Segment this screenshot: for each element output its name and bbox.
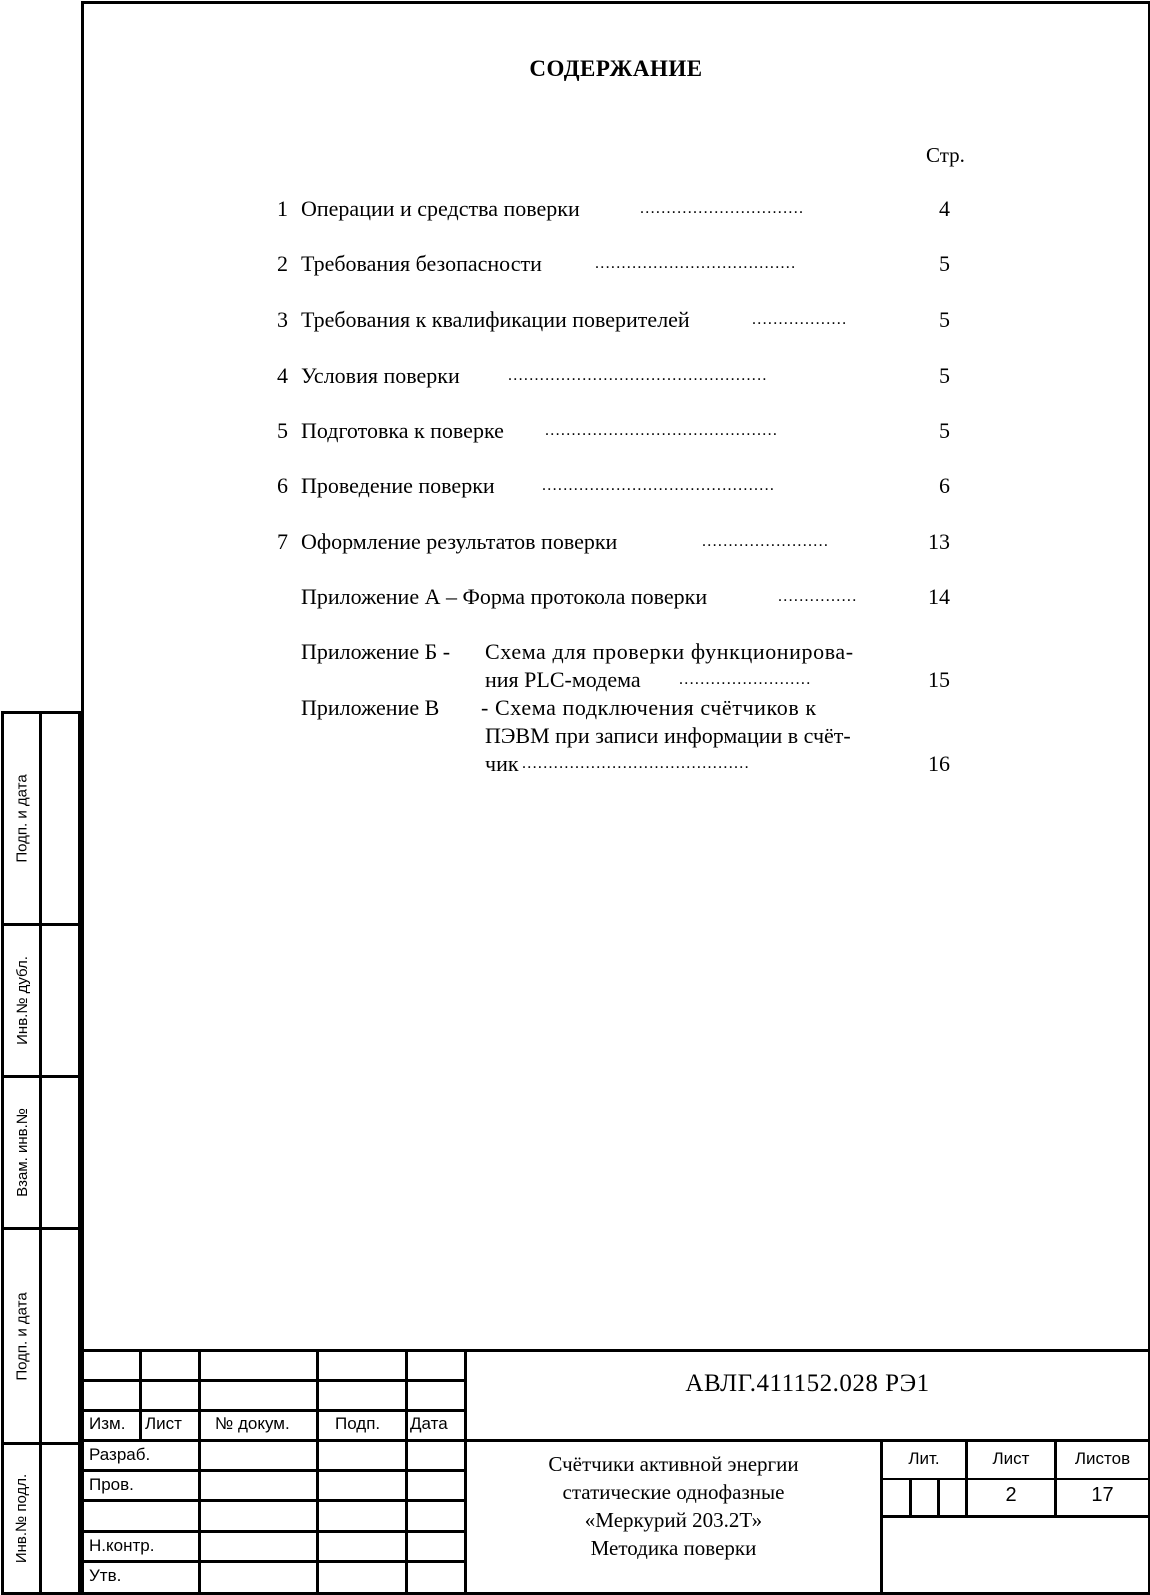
toc-item[interactable]: 1 Операции и средства поверки ..........… (0, 196, 1150, 226)
side-strip-cell: Подп. и дата (1, 711, 81, 926)
appendix-label: Приложение В (301, 695, 439, 721)
toc-item-text: Оформление результатов поверки (301, 529, 617, 555)
product-title-line: статические однофазные (467, 1478, 880, 1506)
stamp-col-doc: № докум. (215, 1414, 290, 1434)
appendix-text-line: ПЭВМ при записи информации в счёт- (485, 723, 851, 749)
stamp-col-sign: Подп. (335, 1414, 380, 1434)
page-frame (81, 1, 1150, 1595)
stamp-role: Утв. (89, 1566, 121, 1586)
toc-item-number: 3 (277, 307, 288, 333)
toc-item-page: 6 (910, 473, 950, 499)
toc-item-text: Условия поверки (301, 363, 460, 389)
stamp-line (909, 1478, 912, 1516)
stamp-role: Н.контр. (89, 1536, 154, 1556)
side-strip-cell: Взам. инв.№ (1, 1075, 81, 1230)
toc-item-number: 7 (277, 529, 288, 555)
lit-label: Лит. (883, 1449, 965, 1469)
toc-item-page: 4 (910, 196, 950, 222)
toc-leader-dots: ........................................… (545, 422, 778, 440)
toc-item[interactable]: 3 Требования к квалификации поверителей … (0, 307, 1150, 337)
stamp-role: Разраб. (89, 1445, 150, 1465)
side-strip-cell: Инв.№ подл. (1, 1442, 81, 1595)
side-strip-label: Подп. и дата (14, 1292, 31, 1380)
stamp-line (405, 1349, 408, 1592)
stamp-line (198, 1349, 201, 1592)
toc-item-page: 5 (910, 418, 950, 444)
sheets-total: 17 (1057, 1484, 1148, 1507)
toc-item-text: Подготовка к поверке (301, 418, 504, 444)
toc-item-page: 5 (910, 251, 950, 277)
side-strip-label: Подп. и дата (14, 774, 31, 862)
page-column-label: Стр. (926, 143, 965, 168)
toc-item-page: 15 (910, 667, 950, 693)
stamp-line (81, 1439, 1148, 1442)
sheets-label: Листов (1057, 1449, 1148, 1469)
appendix-text-line: - Схема подключения счётчиков к (481, 695, 817, 721)
toc-item-number: 5 (277, 418, 288, 444)
stamp-col-izm: Изм. (89, 1414, 125, 1434)
toc-leader-dots: .................. (752, 311, 847, 329)
toc-leader-dots: ........................................… (542, 477, 775, 495)
appendix-label: Приложение Б - (301, 639, 450, 665)
appendix-text-line: ния PLC-модема (485, 667, 641, 693)
side-strip-label: Инв.№ подл. (14, 1474, 31, 1563)
toc-item-number: 1 (277, 196, 288, 222)
toc-leader-dots: ............................... (640, 200, 804, 218)
stamp-line (316, 1349, 319, 1592)
toc-item-text: Операции и средства поверки (301, 196, 580, 222)
stamp-border (81, 1349, 1148, 1352)
product-title-line: «Меркурий 203.2Т» (467, 1506, 880, 1534)
toc-leader-dots: ...................................... (595, 255, 796, 273)
toc-item[interactable]: 2 Требования безопасности ..............… (0, 251, 1150, 281)
appendix-text-line: чик (485, 751, 519, 777)
toc-item-page: 14 (910, 584, 950, 610)
stamp-role: Пров. (89, 1475, 134, 1495)
toc-item-page: 5 (910, 363, 950, 389)
sheet-label: Лист (968, 1449, 1054, 1469)
toc-leader-dots: ........................................… (522, 755, 750, 773)
document-code: АВЛГ.411152.028 РЭ1 (467, 1370, 1148, 1398)
stamp-line (880, 1515, 1148, 1518)
toc-item-number: 4 (277, 363, 288, 389)
side-strip-cell: Подп. и дата (1, 1227, 81, 1445)
product-title-line: Счётчики активной энергии (467, 1450, 880, 1478)
appendix-text-line: Схема для проверки функционирова- (485, 639, 854, 665)
side-strip-label: Инв.№ дубл. (14, 956, 31, 1045)
product-title-line: Методика поверки (467, 1534, 880, 1562)
sheet-number: 2 (968, 1484, 1054, 1507)
toc-item[interactable]: 4 Условия поверки ......................… (0, 363, 1150, 393)
side-strip-label: Взам. инв.№ (14, 1108, 31, 1197)
toc-item[interactable]: 7 Оформление результатов поверки .......… (0, 529, 1150, 559)
stamp-col-list: Лист (145, 1414, 182, 1434)
toc-item-number: 6 (277, 473, 288, 499)
toc-item-text: Требования к квалификации поверителей (301, 307, 690, 333)
toc-item-page: 16 (910, 751, 950, 777)
side-strip-cell: Инв.№ дубл. (1, 923, 81, 1078)
toc-item-page: 13 (910, 529, 950, 555)
stamp-col-date: Дата (410, 1414, 448, 1434)
toc-leader-dots: ........................................… (508, 367, 768, 385)
toc-leader-dots: ............... (778, 588, 858, 606)
page-title: СОДЕРЖАНИЕ (81, 56, 1150, 82)
toc-item-text: Требования безопасности (301, 251, 542, 277)
toc-leader-dots: ......................... (679, 671, 812, 689)
toc-item-text: Проведение поверки (301, 473, 495, 499)
appendix-label: Приложение А – Форма протокола поверки (301, 584, 707, 610)
toc-item-page: 5 (910, 307, 950, 333)
stamp-line (139, 1349, 142, 1439)
toc-item[interactable]: 5 Подготовка к поверке .................… (0, 418, 1150, 448)
toc-appendix[interactable]: Приложение А – Форма протокола поверки .… (0, 584, 1150, 614)
toc-leader-dots: ........................ (702, 533, 829, 551)
stamp-line (937, 1478, 940, 1516)
toc-item[interactable]: 6 Проведение поверки ...................… (0, 473, 1150, 503)
stamp-line (880, 1478, 1148, 1480)
product-title: Счётчики активной энергии статические од… (467, 1450, 880, 1562)
toc-item-number: 2 (277, 251, 288, 277)
